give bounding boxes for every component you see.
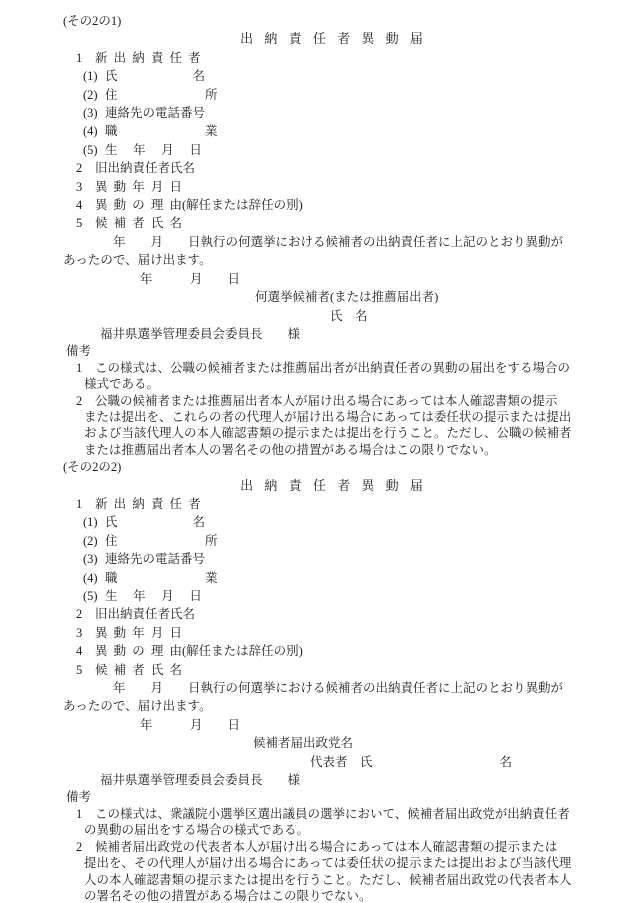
form-subitem: (2) 住 所 — [83, 532, 630, 550]
item-label: 異 動 の 理 由(解任または辞任の別) — [95, 642, 303, 660]
item-label: 異 動 年 月 日 — [95, 178, 182, 196]
form-subitem: (5) 生 年 月 日 — [83, 587, 630, 605]
note-item: 1 この様式は、衆議院小選挙区選出議員の選挙において、候補者届出政党が出納責任者… — [63, 806, 630, 839]
item-label: 候 補 者 氏 名 — [95, 214, 182, 232]
signer-name-suffix: 名 — [500, 755, 513, 769]
subitem-number: (2) — [83, 86, 105, 104]
item-number: 1 — [76, 49, 95, 67]
declaration-line-1: 年 月 日執行の何選挙における候補者の出納責任者に上記のとおり異動が — [113, 233, 630, 251]
note-line: 様式である。 — [84, 376, 630, 392]
form-item: 2 旧出納責任者氏名 — [76, 159, 630, 177]
note-number: 2 — [76, 839, 95, 855]
item-label: 旧出納責任者氏名 — [95, 605, 195, 623]
form-subitem: (1) 氏 名 — [83, 67, 630, 85]
form-subitem: (5) 生 年 月 日 — [83, 141, 630, 159]
item-number: 2 — [76, 605, 95, 623]
item-label: 異 動 年 月 日 — [95, 624, 182, 642]
subitem-label: 職 業 — [105, 569, 218, 587]
notes-label: 備考 — [66, 343, 630, 359]
subitem-label: 連絡先の電話番号 — [105, 104, 205, 122]
subitem-number: (3) — [83, 550, 105, 568]
subitem-label: 住 所 — [105, 532, 218, 550]
subitem-label: 連絡先の電話番号 — [105, 550, 205, 568]
item-number: 5 — [76, 661, 95, 679]
subitem-label: 氏 名 — [105, 67, 205, 85]
signer-name-line: 代表者 氏名 — [310, 753, 630, 771]
form-subitem: (4) 職 業 — [83, 569, 630, 587]
note-item: 1 この様式は、公職の候補者または推薦届出者が出納責任者の異動の届出をする場合の… — [63, 360, 630, 393]
note-text: この様式は、公職の候補者または推薦届出者が出納責任者の異動の届出をする場合の — [95, 360, 570, 376]
form-item: 1 新 出 納 責 任 者 — [76, 49, 630, 67]
note-line: または提出を、これらの者の代理人が届け出る場合にあっては委任状の提示または提出 — [84, 409, 630, 425]
form-subitem: (1) 氏 名 — [83, 513, 630, 531]
form-subitem: (4) 職 業 — [83, 122, 630, 140]
declaration-line-2: あったので、届け出ます。 — [63, 251, 630, 269]
form-item: 1 新 出 納 責 任 者 — [76, 495, 630, 513]
item-number: 4 — [76, 196, 95, 214]
subitem-number: (2) — [83, 532, 105, 550]
addressee-line: 福井県選挙管理委員会委員長 様 — [100, 325, 630, 343]
note-line: および当該代理人の本人確認書類の提示または提出を行うこと。ただし、公職の候補者 — [84, 425, 630, 441]
form-title: 出 納 責 任 者 異 動 届 — [63, 477, 630, 495]
date-line: 年 月 日 — [140, 716, 630, 734]
declaration-line-2: あったので、届け出ます。 — [63, 697, 630, 715]
form-title: 出 納 責 任 者 異 動 届 — [63, 30, 630, 48]
note-text: 候補者届出政党の代表者本人が届け出る場合にあっては本人確認書類の提示または — [95, 839, 557, 855]
form-item: 2 旧出納責任者氏名 — [76, 605, 630, 623]
subitem-label: 住 所 — [105, 86, 218, 104]
note-number: 1 — [76, 806, 95, 822]
subitem-number: (4) — [83, 569, 105, 587]
note-line: の異動の届出をする場合の様式である。 — [84, 822, 630, 838]
form-item: 4 異 動 の 理 由(解任または辞任の別) — [76, 642, 630, 660]
section-label: (その2の1) — [63, 12, 630, 30]
item-label: 新 出 納 責 任 者 — [95, 495, 201, 513]
form-item: 5 候 補 者 氏 名 — [76, 214, 630, 232]
subitem-number: (1) — [83, 67, 105, 85]
notes-label: 備考 — [66, 789, 630, 805]
form-section-2: (その2の2) 出 納 責 任 者 異 動 届 1 新 出 納 責 任 者 (1… — [63, 458, 630, 903]
item-number: 4 — [76, 642, 95, 660]
subitem-number: (5) — [83, 141, 105, 159]
declaration-line-1: 年 月 日執行の何選挙における候補者の出納責任者に上記のとおり異動が — [113, 679, 630, 697]
subitem-label: 生 年 月 日 — [105, 141, 202, 159]
item-label: 異 動 の 理 由(解任または辞任の別) — [95, 196, 303, 214]
signer-title-line: 候補者届出政党名 — [253, 734, 630, 752]
form-section-1: (その2の1) 出 納 責 任 者 異 動 届 1 新 出 納 責 任 者 (1… — [63, 12, 630, 458]
item-number: 3 — [76, 178, 95, 196]
note-item: 2 公職の候補者または推薦届出者本人が届け出る場合にあっては本人確認書類の提示 … — [63, 393, 630, 459]
item-label: 候 補 者 氏 名 — [95, 661, 182, 679]
note-text: この様式は、衆議院小選挙区選出議員の選挙において、候補者届出政党が出納責任者 — [95, 806, 570, 822]
subitem-number: (3) — [83, 104, 105, 122]
subitem-number: (1) — [83, 513, 105, 531]
note-text: 公職の候補者または推薦届出者本人が届け出る場合にあっては本人確認書類の提示 — [95, 393, 557, 409]
item-label: 新 出 納 責 任 者 — [95, 49, 201, 67]
note-number: 2 — [76, 393, 95, 409]
form-item: 4 異 動 の 理 由(解任または辞任の別) — [76, 196, 630, 214]
note-line: 提出を、その代理人が届け出る場合にあっては委任状の提示または提出および当該代理 — [84, 855, 630, 871]
section-label: (その2の2) — [63, 458, 630, 476]
note-line: の署名その他の措置がある場合はこの限りでない。 — [84, 888, 630, 903]
item-number: 5 — [76, 214, 95, 232]
signer-title-line: 何選挙候補者(または推薦届出者) — [255, 288, 630, 306]
note-number: 1 — [76, 360, 95, 376]
form-item: 5 候 補 者 氏 名 — [76, 661, 630, 679]
item-number: 3 — [76, 624, 95, 642]
note-line: または推薦届出者本人の署名その他の措置がある場合はこの限りでない。 — [84, 442, 630, 458]
form-subitem: (3) 連絡先の電話番号 — [83, 550, 630, 568]
addressee-line: 福井県選挙管理委員会委員長 様 — [100, 771, 630, 789]
note-item: 2 候補者届出政党の代表者本人が届け出る場合にあっては本人確認書類の提示または … — [63, 839, 630, 903]
item-label: 旧出納責任者氏名 — [95, 159, 195, 177]
form-item: 3 異 動 年 月 日 — [76, 178, 630, 196]
signer-name-prefix: 代表者 氏 — [310, 755, 373, 769]
subitem-number: (4) — [83, 122, 105, 140]
item-number: 1 — [76, 495, 95, 513]
note-line: 人の本人確認書類の提示または提出を行うこと。ただし、候補者届出政党の代表者本人 — [84, 872, 630, 888]
form-subitem: (2) 住 所 — [83, 86, 630, 104]
subitem-label: 生 年 月 日 — [105, 587, 202, 605]
subitem-number: (5) — [83, 587, 105, 605]
form-document-page: { "sections": [ { "label": "(その2の1)", "t… — [0, 0, 630, 903]
form-item: 3 異 動 年 月 日 — [76, 624, 630, 642]
note-line: 1 この様式は、公職の候補者または推薦届出者が出納責任者の異動の届出をする場合の — [76, 360, 630, 376]
signer-name-line: 氏 名 — [330, 307, 630, 325]
item-number: 2 — [76, 159, 95, 177]
note-line: 2 公職の候補者または推薦届出者本人が届け出る場合にあっては本人確認書類の提示 — [76, 393, 630, 409]
note-line: 1 この様式は、衆議院小選挙区選出議員の選挙において、候補者届出政党が出納責任者 — [76, 806, 630, 822]
date-line: 年 月 日 — [140, 270, 630, 288]
subitem-label: 職 業 — [105, 122, 218, 140]
note-line: 2 候補者届出政党の代表者本人が届け出る場合にあっては本人確認書類の提示または — [76, 839, 630, 855]
form-subitem: (3) 連絡先の電話番号 — [83, 104, 630, 122]
subitem-label: 氏 名 — [105, 513, 205, 531]
